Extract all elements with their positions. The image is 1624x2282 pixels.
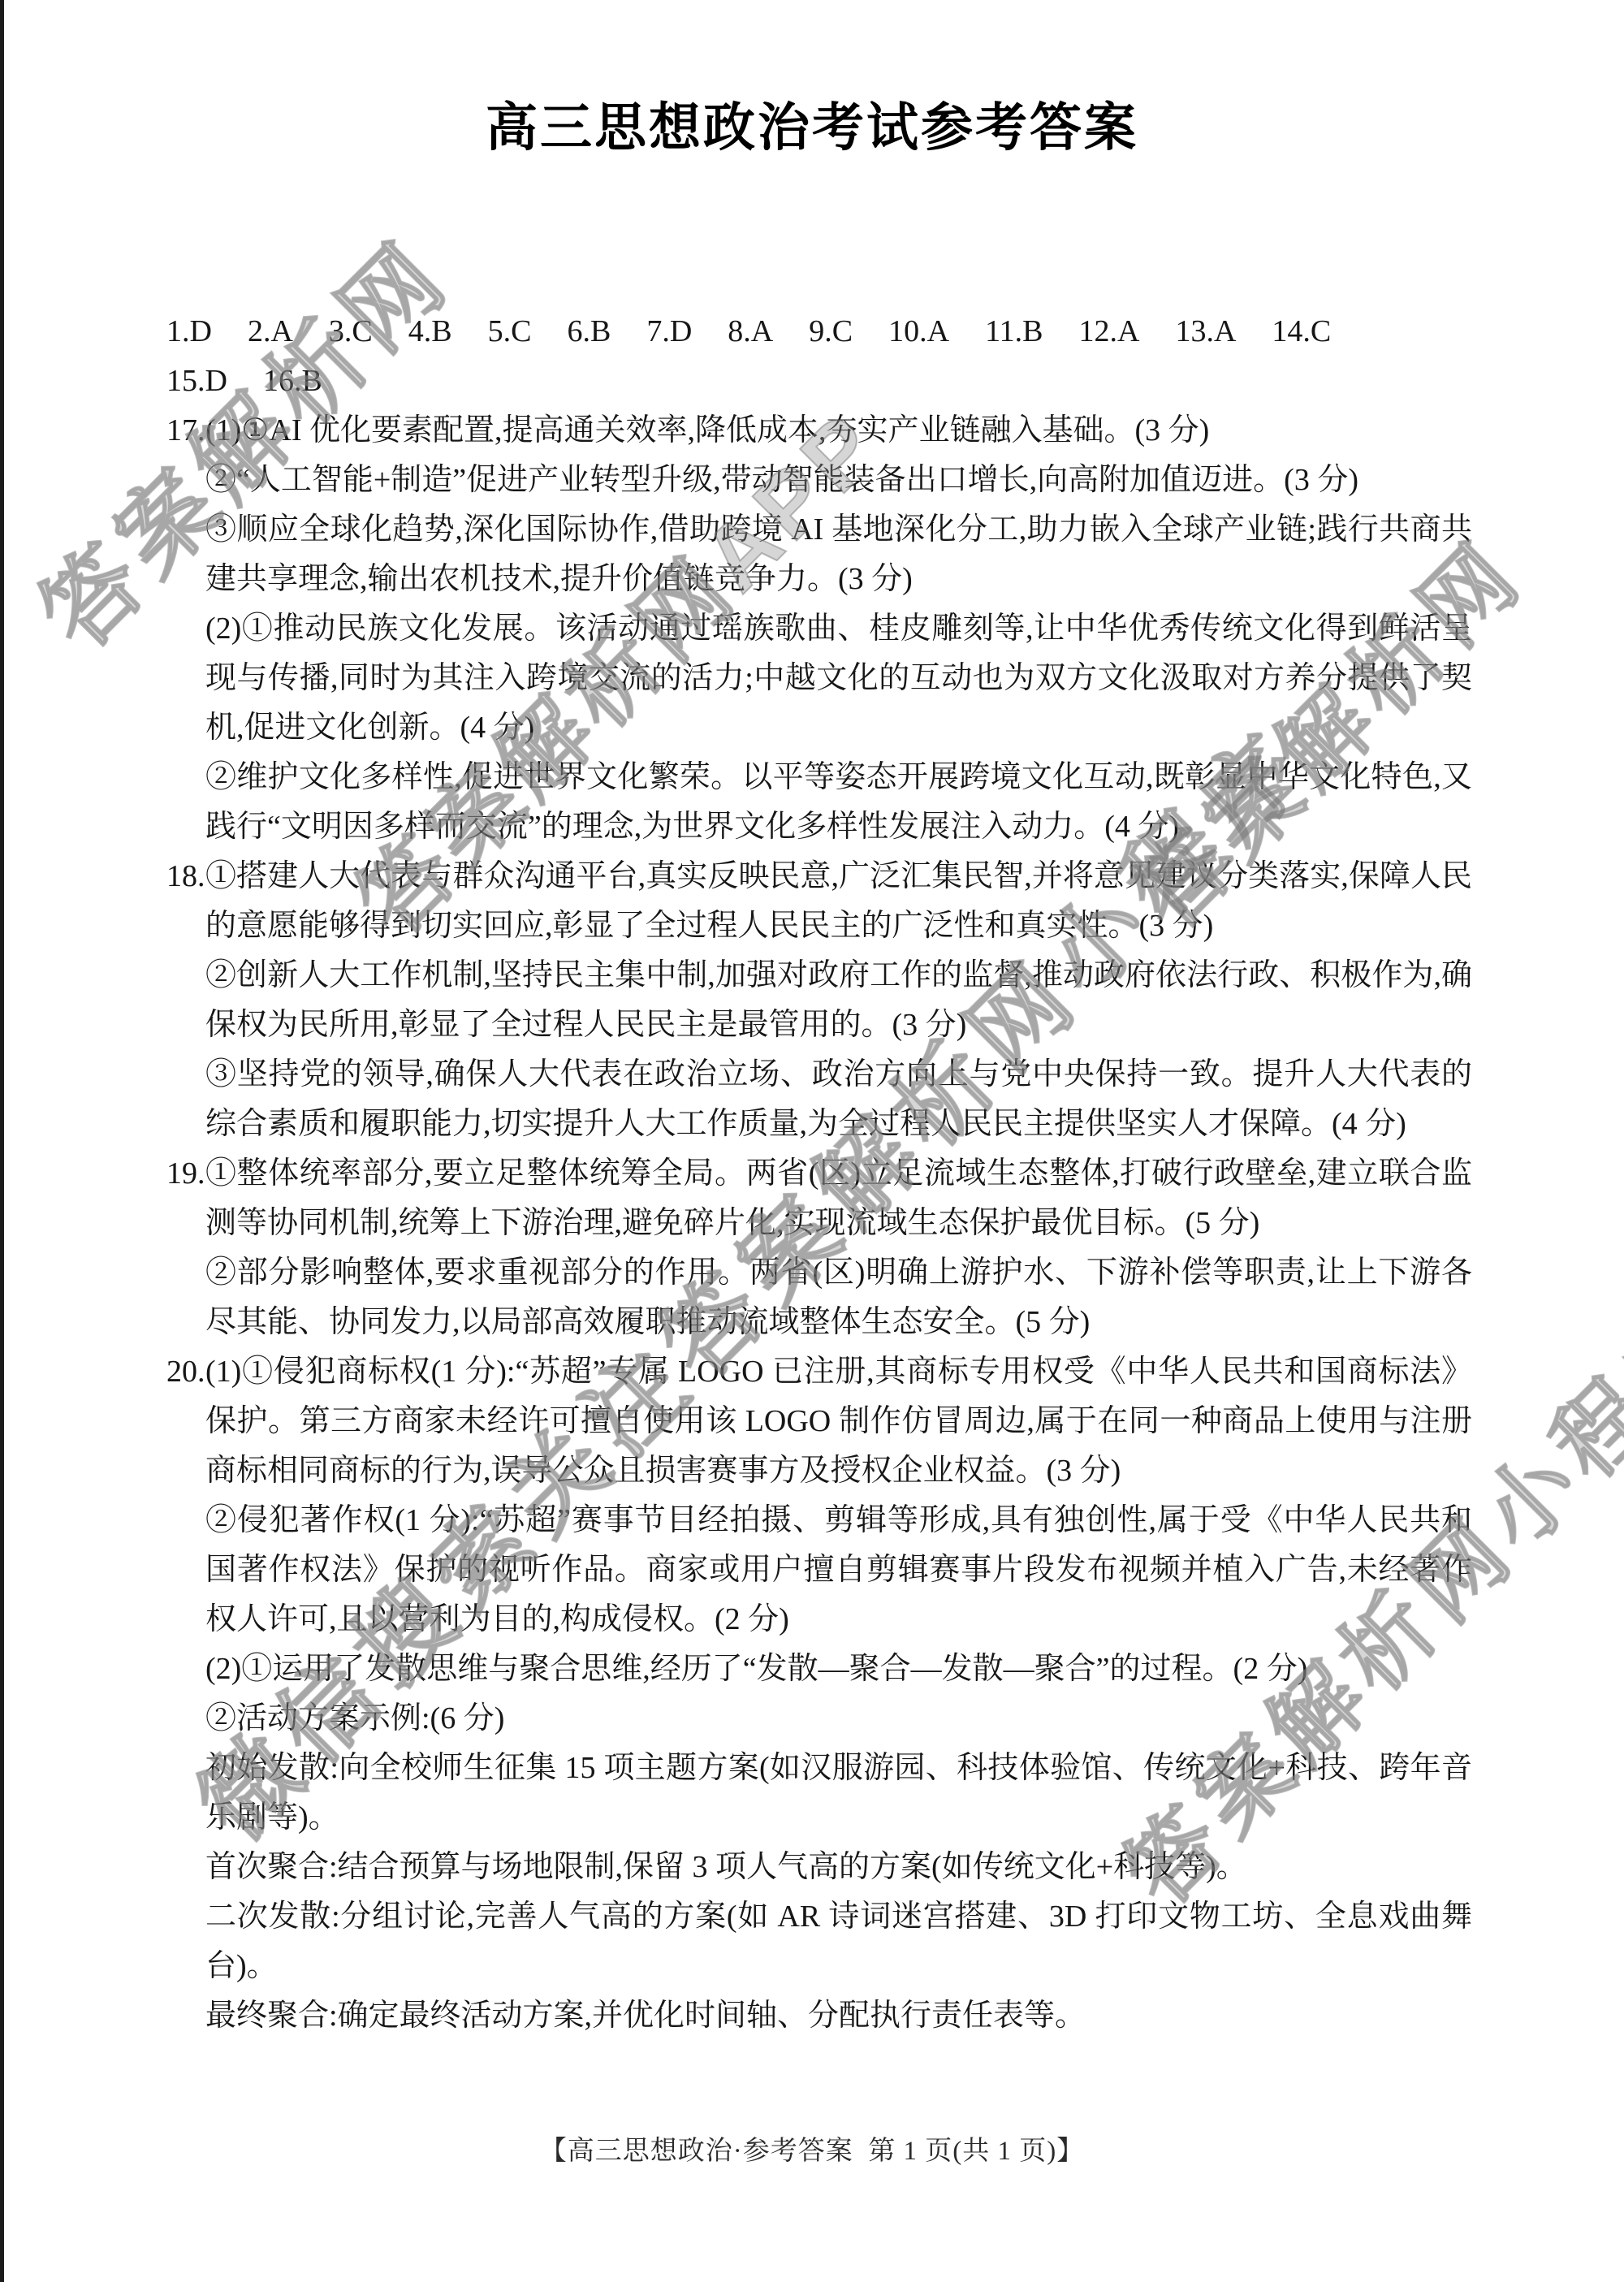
choice-answer: 8.A bbox=[728, 307, 773, 357]
answer-paragraph: ②维护文化多样性,促进世界文化繁荣。以平等姿态开展跨境文化互动,既彰显中华文化特… bbox=[205, 753, 1472, 852]
choice-answer: 13.A bbox=[1175, 307, 1236, 357]
multiple-choice-row-2: 15.D16.B bbox=[166, 357, 1472, 406]
page-footer: 【高三思想政治·参考答案 第 1 页(共 1 页)】 bbox=[0, 2129, 1624, 2167]
choice-answer: 11.B bbox=[985, 307, 1043, 357]
choice-answer: 1.D bbox=[166, 307, 212, 357]
choice-answer: 7.D bbox=[646, 307, 692, 357]
choice-answer: 2.A bbox=[248, 307, 293, 357]
answer-paragraph: ③坚持党的领导,确保人大代表在政治立场、政治方向上与党中央保持一致。提升人大代表… bbox=[205, 1050, 1472, 1149]
answer-paragraph: ②“人工智能+制造”促进产业转型升级,带动智能装备出口增长,向高附加值迈进。(3… bbox=[205, 456, 1472, 505]
answer-paragraph: 首次聚合:结合预算与场地限制,保留 3 项人气高的方案(如传统文化+科技等)。 bbox=[205, 1843, 1472, 1892]
choice-answer: 3.C bbox=[329, 307, 373, 357]
multiple-choice-row-1: 1.D2.A3.C4.B5.C6.B7.D8.A9.C10.A11.B12.A1… bbox=[166, 307, 1472, 357]
answer-paragraph: ②部分影响整体,要求重视部分的作用。两省(区)明确上游护水、下游补偿等职责,让上… bbox=[205, 1248, 1472, 1347]
choice-answer: 15.D bbox=[166, 357, 227, 406]
answer-paragraph: ②侵犯著作权(1 分):“苏超”赛事节目经拍摄、剪辑等形成,具有独创性,属于受《… bbox=[205, 1496, 1472, 1645]
scanned-exam-answer-page: { "document": { "title": "高三思想政治考试参考答案",… bbox=[0, 0, 1624, 2282]
answer-content: 1.D2.A3.C4.B5.C6.B7.D8.A9.C10.A11.B12.A1… bbox=[166, 307, 1472, 2041]
answer-paragraph: (1)①AI 优化要素配置,提高通关效率,降低成本,夯实产业链融入基础。(3 分… bbox=[205, 406, 1472, 456]
choice-answer: 12.A bbox=[1079, 307, 1140, 357]
question-number: 19. bbox=[166, 1149, 205, 1199]
answer-paragraph: (1)①侵犯商标权(1 分):“苏超”专属 LOGO 已注册,其商标专用权受《中… bbox=[205, 1347, 1472, 1496]
choice-answer: 9.C bbox=[809, 307, 853, 357]
question-number: 18. bbox=[166, 852, 205, 901]
answer-paragraph: ②创新人大工作机制,坚持民主集中制,加强对政府工作的监督,推动政府依法行政、积极… bbox=[205, 951, 1472, 1050]
answer-block-17: 17.(1)①AI 优化要素配置,提高通关效率,降低成本,夯实产业链融入基础。(… bbox=[166, 406, 1472, 852]
answer-paragraph: (2)①推动民族文化发展。该活动通过瑶族歌曲、桂皮雕刻等,让中华优秀传统文化得到… bbox=[205, 604, 1472, 753]
choice-answer: 4.B bbox=[408, 307, 452, 357]
answer-block-19: 19.①整体统率部分,要立足整体统筹全局。两省(区)立足流域生态整体,打破行政壁… bbox=[166, 1149, 1472, 1347]
answer-paragraph: 最终聚合:确定最终活动方案,并优化时间轴、分配执行责任表等。 bbox=[205, 1991, 1472, 2041]
choice-answer: 6.B bbox=[567, 307, 611, 357]
answer-paragraph: (2)①运用了发散思维与聚合思维,经历了“发散—聚合—发散—聚合”的过程。(2 … bbox=[205, 1645, 1472, 1694]
answer-block-18: 18.①搭建人大代表与群众沟通平台,真实反映民意,广泛汇集民智,并将意见建议分类… bbox=[166, 852, 1472, 1149]
document-page: 高三思想政治考试参考答案 1.D2.A3.C4.B5.C6.B7.D8.A9.C… bbox=[0, 0, 1624, 2282]
answer-block-20: 20.(1)①侵犯商标权(1 分):“苏超”专属 LOGO 已注册,其商标专用权… bbox=[166, 1347, 1472, 2041]
question-number: 17. bbox=[166, 406, 205, 456]
question-number: 20. bbox=[166, 1347, 205, 1397]
choice-answer: 10.A bbox=[888, 307, 949, 357]
answer-paragraph: ②活动方案示例:(6 分) bbox=[205, 1694, 1472, 1744]
answer-paragraph: ③顺应全球化趋势,深化国际协作,借助跨境 AI 基地深化分工,助力嵌入全球产业链… bbox=[205, 505, 1472, 604]
answer-paragraph: 二次发散:分组讨论,完善人气高的方案(如 AR 诗词迷宫搭建、3D 打印文物工坊… bbox=[205, 1892, 1472, 1991]
answer-paragraph: ①搭建人大代表与群众沟通平台,真实反映民意,广泛汇集民智,并将意见建议分类落实,… bbox=[205, 852, 1472, 951]
scan-edge-artifact bbox=[0, 0, 4, 2282]
choice-answer: 14.C bbox=[1272, 307, 1331, 357]
choice-answer: 16.B bbox=[263, 357, 322, 406]
free-response-answers: 17.(1)①AI 优化要素配置,提高通关效率,降低成本,夯实产业链融入基础。(… bbox=[166, 406, 1472, 2041]
choice-answer: 5.C bbox=[488, 307, 532, 357]
answer-paragraph: 初始发散:向全校师生征集 15 项主题方案(如汉服游园、科技体验馆、传统文化+科… bbox=[205, 1744, 1472, 1843]
page-title: 高三思想政治考试参考答案 bbox=[0, 86, 1624, 161]
answer-paragraph: ①整体统率部分,要立足整体统筹全局。两省(区)立足流域生态整体,打破行政壁垒,建… bbox=[205, 1149, 1472, 1248]
